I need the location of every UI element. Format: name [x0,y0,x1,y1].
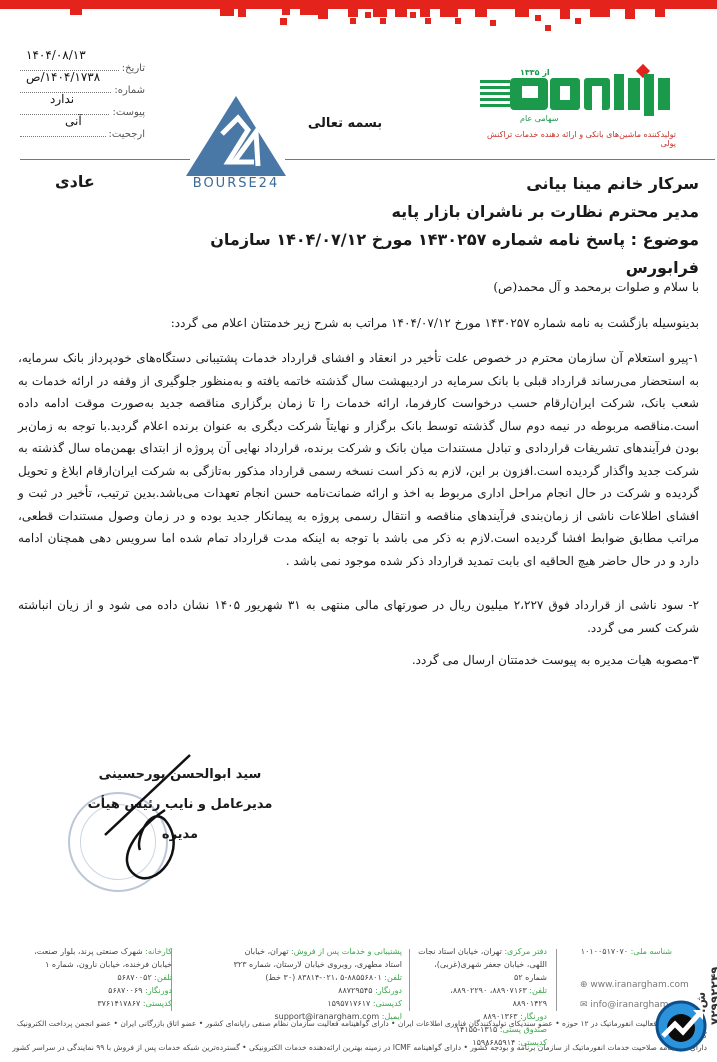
handwritten-signature-icon [95,750,215,890]
addressee-name: سرکار خانم مینا بیانی [179,170,699,198]
letter-subject: موضوع : پاسخ نامه شماره ۱۴۳۰۲۵۷ مورخ ۱۴۰… [179,226,699,282]
attachment-value: ندارد [50,92,74,106]
footer-tagline: دارای گواهینامه فعالیت انفورماتیک در ۱۲ … [10,1018,707,1054]
greeting: با سلام و صلوات برمحمد و آل محمد(ص) [18,280,699,294]
bourse24-badge-icon [655,1000,707,1052]
footer-support: پشتیبانی و خدمات پس از فروش: تهران، خیاب… [227,945,402,1023]
paragraph-1: ۱-پیرو استعلام آن سازمان محترم در خصوص ع… [18,347,699,572]
mail-icon: ✉ [580,1000,588,1010]
intro-paragraph: بدینوسیله بازگشت به نامه شماره ۱۴۳۰۲۵۷ م… [18,316,699,330]
globe-icon: ⊕ [580,980,588,990]
bismillah: بسمه تعالی [290,116,400,131]
company-tagline: تولیدکننده ماشین‌های بانکی و ارائه دهنده… [480,130,676,148]
meta-attachment: پیوست: ندارد [20,96,145,118]
priority-value: آنی [65,114,82,128]
meta-priority: ارجحیت: آنی [20,118,145,140]
addressee-title: مدیر محترم نظارت بر ناشران بازار پایه [179,198,699,226]
red-pixel-header [0,0,717,40]
footer-factory: کارخانه: شهرک صنعتی پرند، بلوار صنعت، خی… [12,945,172,1010]
addressee: سرکار خانم مینا بیانی مدیر محترم نظارت ب… [179,170,699,282]
footer-national-id: شناسه ملی: ۱۰۱۰۰۵۱۷۰۷۰ [562,945,672,958]
meta-number: شماره: ۱۴۰۴/۱۷۳۸/ص [20,74,145,96]
number-value: ۱۴۰۴/۱۷۳۸/ص [26,70,100,84]
company-type: سهامی عام [520,114,559,123]
divider-left [20,159,190,160]
letter-grade: عادی [55,172,95,191]
website-link[interactable]: ⊕ www.iranargham.com [580,975,691,995]
company-since: از ۱۳۳۵ [520,68,550,77]
date-value: ۱۴۰۴/۰۸/۱۳ [26,48,86,62]
divider-right [285,159,715,160]
paragraph-3: ۳-مصوبه هیات مدیره به پیوست خدمتتان ارسا… [18,653,699,667]
iran-argham-logo-icon [480,60,676,130]
letter-meta: تاریخ: ۱۴۰۴/۰۸/۱۳ شماره: ۱۴۰۴/۱۷۳۸/ص پیو… [20,52,145,140]
paragraph-2: ۲- سود ناشی از قرارداد فوق ۲،۲۲۷ میلیون … [18,594,699,640]
